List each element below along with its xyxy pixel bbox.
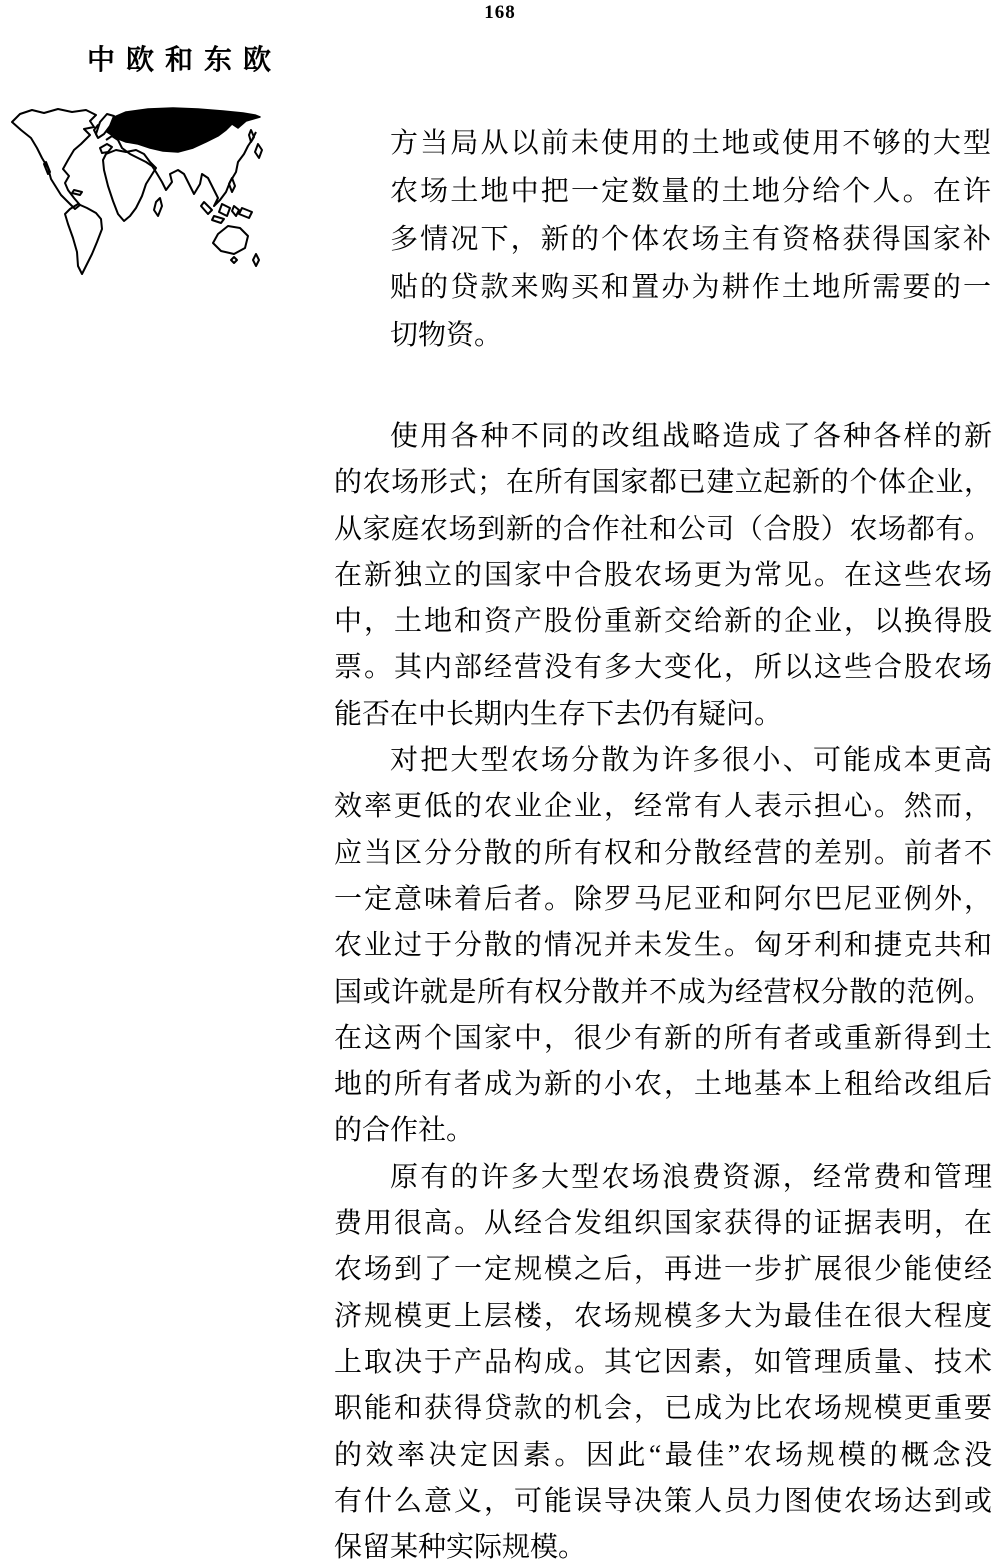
map-new-zealand [253, 254, 259, 266]
body-text-column: 使用各种不同的改组战略造成了各种各样的新的农场形式；在所有国家都已建立起新的个体… [334, 414, 992, 1568]
text-line: 票。其内部经营没有多大变化，所以这些合股农场 [334, 645, 992, 691]
text-line: 有什么意义，可能误导决策人员力图使农场达到或 [334, 1479, 992, 1525]
text-line: 一定意味着后者。除罗马尼亚和阿尔巴尼亚例外， [334, 877, 992, 923]
text-line: 济规模更上层楼，农场规模多大为最佳在很大程度 [334, 1294, 992, 1340]
text-line: 国或许就是所有权分散并不成为经营权分散的范例。 [334, 970, 992, 1016]
paragraph-continuation: 方当局从以前未使用的土地或使用不够的大型农场土地中把一定数量的土地分给个人。在许… [390, 120, 991, 360]
map-south-america [65, 204, 102, 274]
text-line: 效率更低的农业企业，经常有人表示担心。然而， [334, 784, 992, 830]
map-japan [255, 144, 262, 158]
text-line: 费用很高。从经合发组织国家获得的证据表明，在 [334, 1201, 992, 1247]
world-map-highlight-icon [8, 104, 300, 292]
map-north-america [12, 109, 96, 209]
map-africa [103, 150, 156, 221]
paragraph: 原有的许多大型农场浪费资源，经常费和管理费用很高。从经合发组织国家获得的证据表明… [334, 1155, 992, 1568]
section-heading: 中欧和东欧 [87, 38, 282, 78]
book-page: 168 中欧和东欧 [0, 0, 1000, 1568]
text-line: 保留某种实际规模。 [334, 1525, 992, 1568]
text-line: 的合作社。 [334, 1108, 992, 1154]
text-line: 职能和获得贷款的机会，已成为比农场规模更重要 [334, 1386, 992, 1432]
text-line: 的效率决定因素。因此“最佳”农场规模的概念没 [334, 1433, 992, 1479]
text-line: 在新独立的国家中合股农场更为常见。在这些农场 [334, 553, 992, 599]
page-number: 168 [0, 2, 1000, 24]
text-line: 切物资。 [390, 312, 991, 360]
map-australia [213, 226, 248, 254]
map-borneo [219, 204, 230, 216]
map-sumatra [201, 202, 212, 214]
text-line: 使用各种不同的改组战略造成了各种各样的新 [334, 414, 992, 460]
map-highlight-region [104, 108, 260, 152]
text-line: 方当局从以前未使用的土地或使用不够的大型 [390, 120, 991, 168]
map-sakhalin [249, 130, 254, 142]
text-line: 中，土地和资产股份重新交给新的企业，以换得股 [334, 599, 992, 645]
text-line: 的农场形式；在所有国家都已建立起新的个体企业， [334, 460, 992, 506]
text-line: 贴的贷款来购买和置办为耕作土地所需要的一 [390, 264, 991, 312]
text-line: 多情况下，新的个体农场主有资格获得国家补 [390, 216, 991, 264]
text-line: 地的所有者成为新的小农，土地基本上租给改组后 [334, 1062, 992, 1108]
text-line: 农场到了一定规模之后，再进一步扩展很少能使经 [334, 1247, 992, 1293]
text-line: 从家庭农场到新的合作社和公司（合股）农场都有。 [334, 507, 992, 553]
map-sulawesi [232, 206, 239, 216]
text-line: 农业过于分散的情况并未发生。匈牙利和捷克共和 [334, 923, 992, 969]
text-line: 原有的许多大型农场浪费资源，经常费和管理 [334, 1155, 992, 1201]
map-madagascar [154, 198, 162, 216]
text-line: 对把大型农场分散为许多很小、可能成本更高 [334, 738, 992, 784]
text-line: 上取决于产品构成。其它因素，如管理质量、技术 [334, 1340, 992, 1386]
text-line: 在这两个国家中，很少有新的所有者或重新得到土 [334, 1016, 992, 1062]
text-line: 能否在中长期内生存下去仍有疑问。 [334, 692, 992, 738]
paragraph: 对把大型农场分散为许多很小、可能成本更高效率更低的农业企业，经常有人表示担心。然… [334, 738, 992, 1155]
map-philippines [229, 178, 235, 192]
world-map-figure [8, 104, 300, 292]
text-line: 农场土地中把一定数量的土地分给个人。在许 [390, 168, 991, 216]
map-new-guinea [239, 208, 252, 218]
map-tasmania [231, 257, 237, 263]
map-cuba [72, 190, 82, 195]
paragraph: 使用各种不同的改组战略造成了各种各样的新的农场形式；在所有国家都已建立起新的个体… [334, 414, 992, 738]
text-line: 应当区分分散的所有权和分散经营的差别。前者不 [334, 831, 992, 877]
map-java [212, 216, 224, 223]
